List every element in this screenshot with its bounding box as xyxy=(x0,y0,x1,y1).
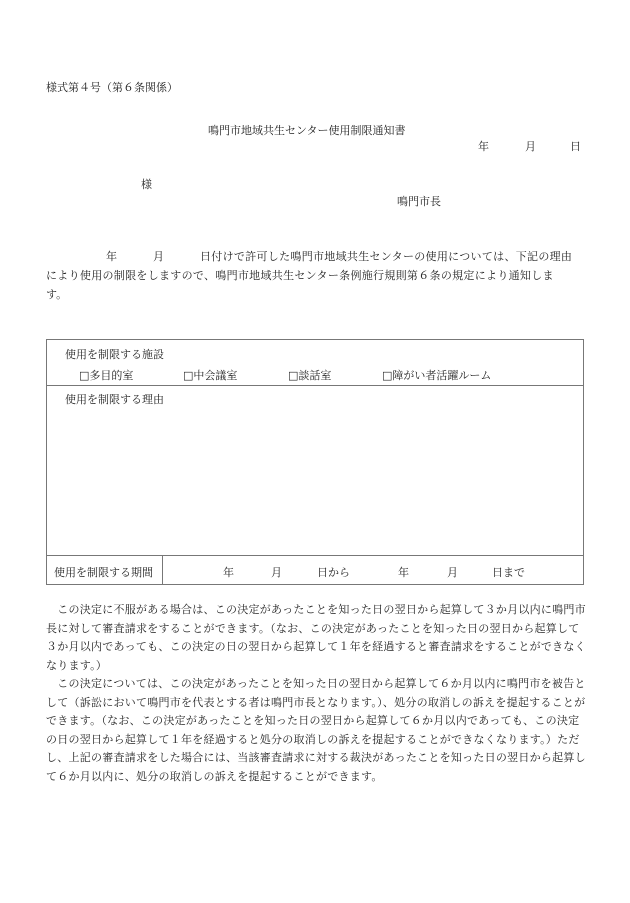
reason-label: 使用を制限する理由 xyxy=(65,391,164,407)
lawsuit-notice: この決定については、この決定があったことを知った日の翌日から起算して６か月以内に… xyxy=(46,675,586,786)
reason-row: 使用を制限する理由 xyxy=(47,386,583,556)
intro-month: 月 xyxy=(153,248,164,264)
facility-checkbox-multipurpose[interactable]: □多目的室 xyxy=(79,367,133,383)
period-divider xyxy=(162,556,163,585)
intro-line2: により使用の制限をしますので、鳴門市地域共生センター条例施行規則第６条の規定によ… xyxy=(46,267,554,283)
recipient-suffix: 様 xyxy=(141,176,152,192)
intro-year: 年 xyxy=(106,248,117,264)
document-title: 鳴門市地域共生センター使用制限通知書 xyxy=(208,122,406,138)
date-day: 日 xyxy=(570,138,581,154)
period-from-month: 月 xyxy=(271,564,282,580)
facility-checkbox-lounge[interactable]: □談話室 xyxy=(288,367,331,383)
facility-checkbox-meeting-room[interactable]: □中会議室 xyxy=(183,367,237,383)
intro-line3: す。 xyxy=(46,286,67,302)
date-year: 年 xyxy=(478,138,489,154)
period-to-day: 日まで xyxy=(492,564,525,580)
period-to-month: 月 xyxy=(447,564,458,580)
restriction-table: 使用を制限する施設 □多目的室 □中会議室 □談話室 □障がい者活躍ルーム 使用… xyxy=(46,339,584,585)
period-label: 使用を制限する期間 xyxy=(54,564,153,580)
appeal-notice: この決定に不服がある場合は、この決定があったことを知った日の翌日から起算して３か… xyxy=(46,601,586,675)
facility-checkbox-activity-room[interactable]: □障がい者活躍ルーム xyxy=(382,367,491,383)
period-from-year: 年 xyxy=(223,564,234,580)
form-number: 様式第４号（第６条関係） xyxy=(46,79,178,95)
facility-label: 使用を制限する施設 xyxy=(65,346,164,362)
sender-name: 鳴門市長 xyxy=(397,193,441,209)
period-from-day: 日から xyxy=(317,564,350,580)
date-month: 月 xyxy=(525,138,536,154)
period-row: 使用を制限する期間 年 月 日から 年 月 日まで xyxy=(47,556,583,585)
intro-line1: 日付けで許可した鳴門市地域共生センターの使用については、下記の理由 xyxy=(200,248,572,264)
period-to-year: 年 xyxy=(398,564,409,580)
facility-row: 使用を制限する施設 □多目的室 □中会議室 □談話室 □障がい者活躍ルーム xyxy=(47,340,583,386)
